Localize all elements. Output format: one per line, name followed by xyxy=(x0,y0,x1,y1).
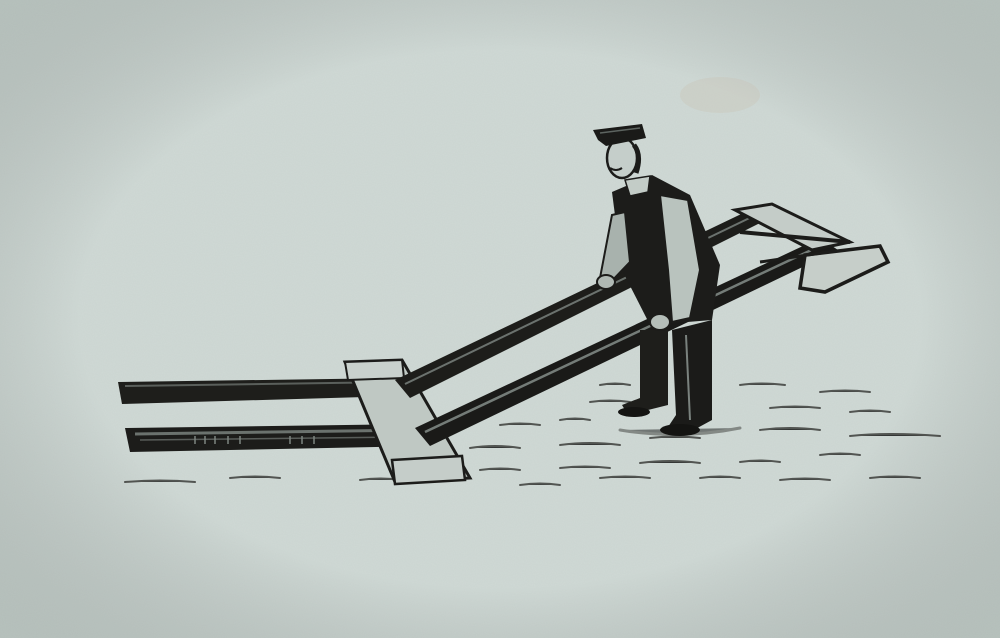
engraving-illustration xyxy=(0,0,1000,638)
engraving-canvas: Engraving of a man in a cap and dark ves… xyxy=(0,0,1000,638)
